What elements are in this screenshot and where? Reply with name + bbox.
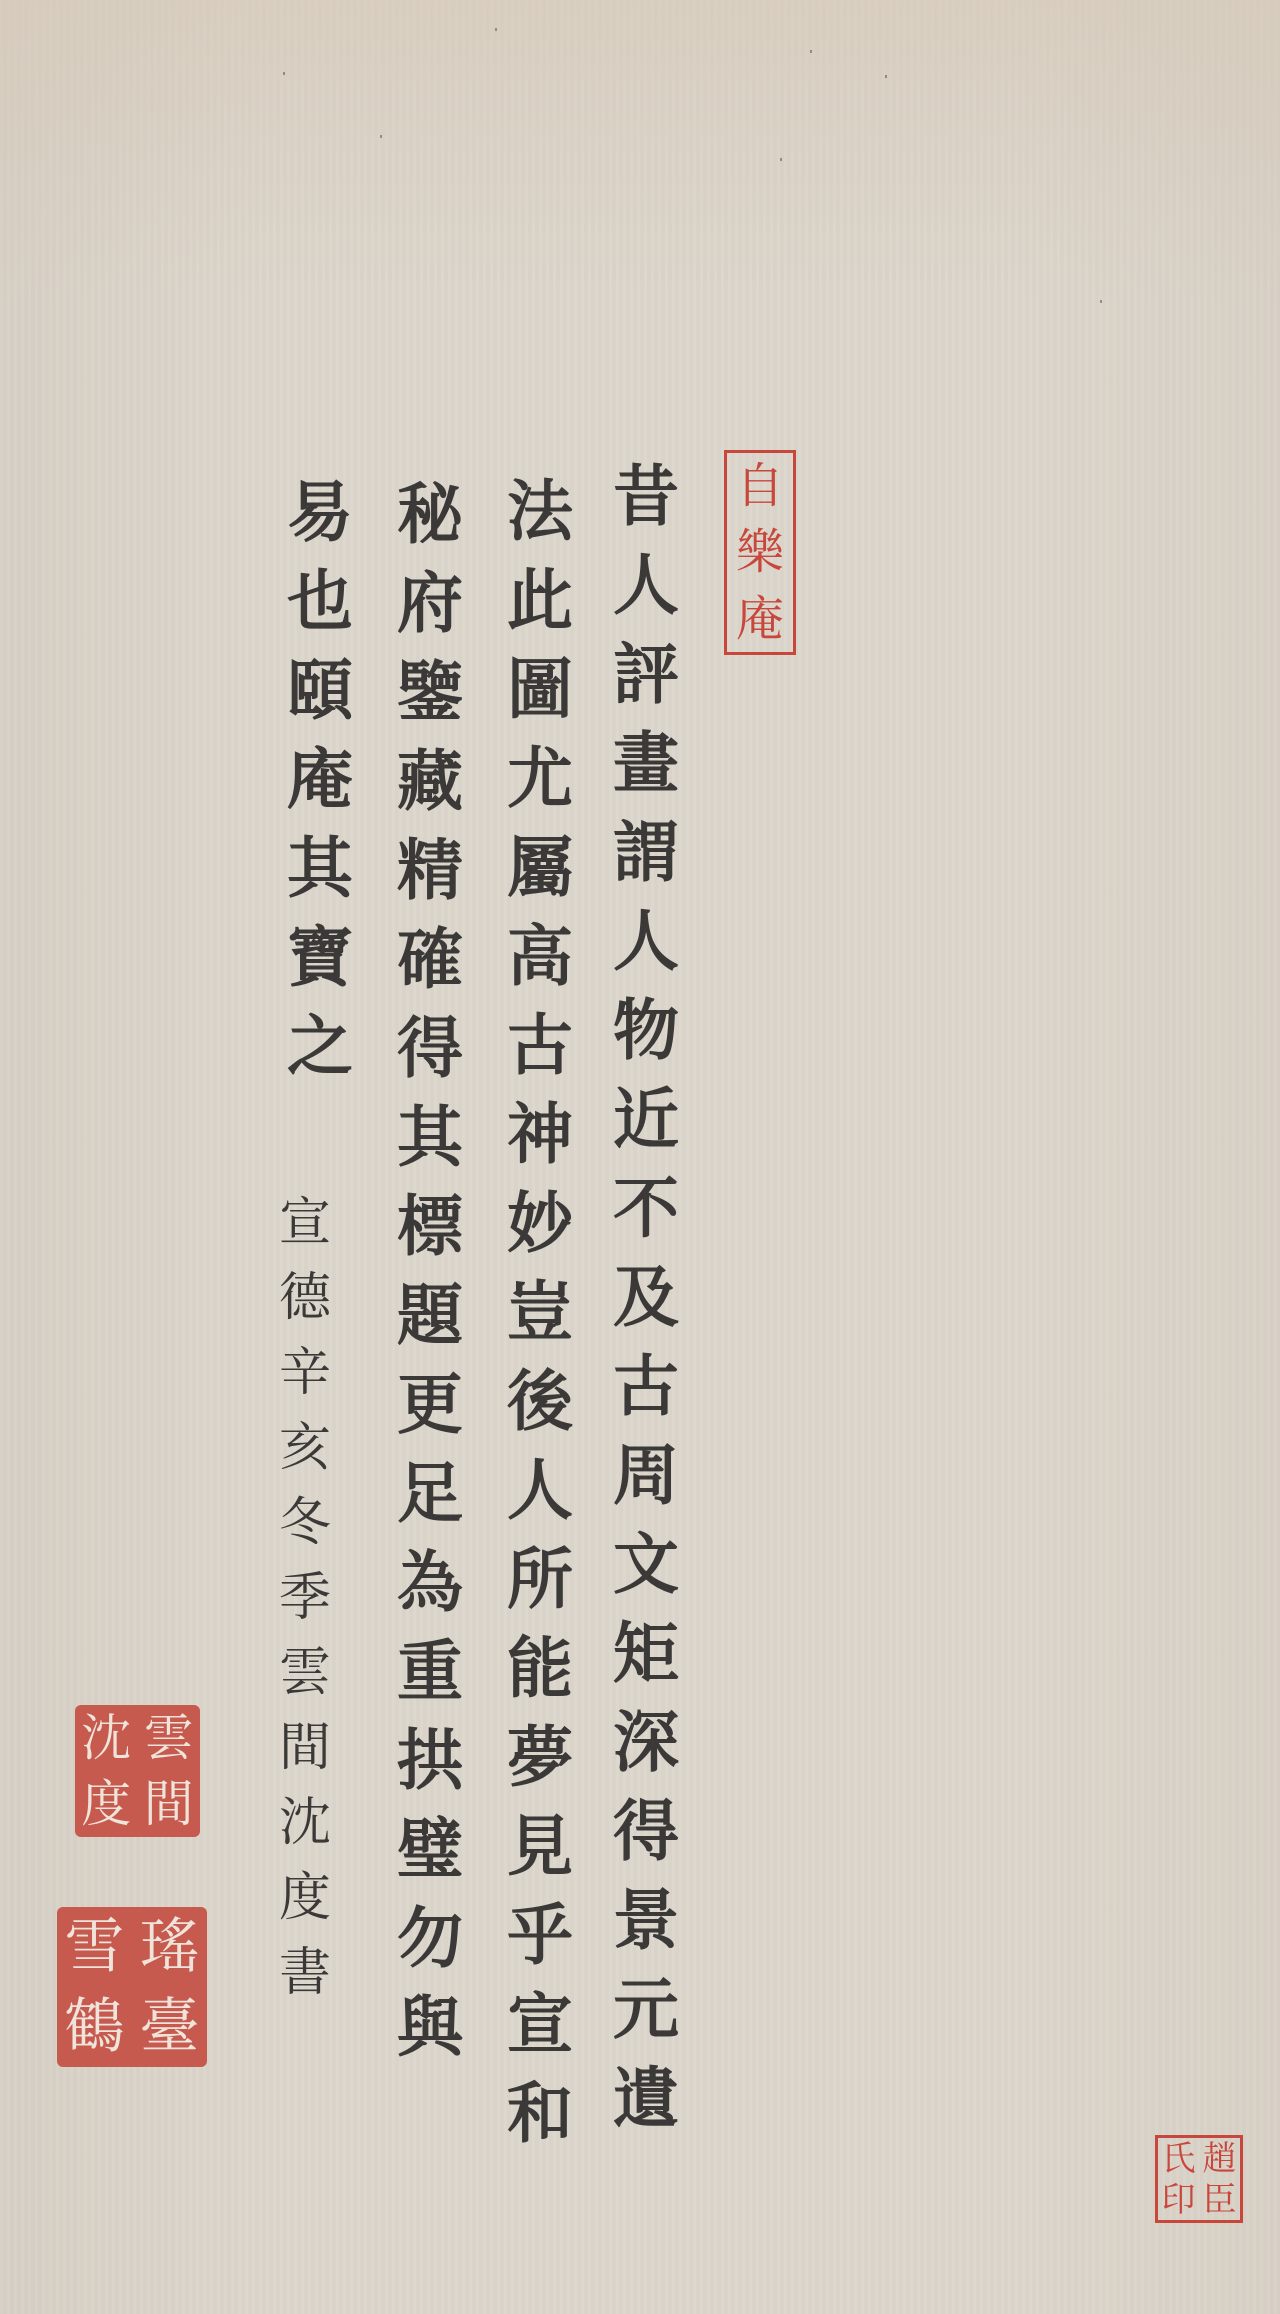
char: 精 xyxy=(397,826,463,915)
char: 謂 xyxy=(613,808,679,897)
seal-char: 臣 xyxy=(1203,2183,1237,2217)
char: 辛 xyxy=(279,1336,331,1411)
char: 豈 xyxy=(507,1268,573,1357)
char: 不 xyxy=(613,1164,679,1253)
char: 寶 xyxy=(287,913,353,1002)
paper-speck xyxy=(283,72,285,75)
char: 度 xyxy=(279,1861,331,1936)
char: 古 xyxy=(613,1342,679,1431)
seal-char: 庵 xyxy=(736,595,784,643)
char: 法 xyxy=(507,467,573,556)
char: 標 xyxy=(397,1182,463,1271)
char: 高 xyxy=(507,912,573,1001)
seal-char: 趙 xyxy=(1203,2142,1237,2176)
char: 間 xyxy=(279,1711,331,1786)
char: 沈 xyxy=(279,1786,331,1861)
char: 宣 xyxy=(507,1980,573,2069)
seal-char: 鶴 xyxy=(65,1997,125,2057)
char: 也 xyxy=(287,557,353,646)
char: 得 xyxy=(397,1004,463,1093)
char: 近 xyxy=(613,1075,679,1164)
char: 雲 xyxy=(279,1636,331,1711)
char: 及 xyxy=(613,1253,679,1342)
char: 更 xyxy=(397,1360,463,1449)
seal-zi-le-an: 自 樂 庵 xyxy=(724,450,796,655)
paper-speck xyxy=(810,50,812,53)
char: 遺 xyxy=(613,2054,679,2143)
seal-char: 雪 xyxy=(65,1917,125,1977)
char: 能 xyxy=(507,1624,573,1713)
char: 古 xyxy=(507,1001,573,1090)
char: 頤 xyxy=(287,646,353,735)
char: 德 xyxy=(279,1261,331,1336)
char: 畫 xyxy=(613,719,679,808)
char: 元 xyxy=(613,1965,679,2054)
char: 文 xyxy=(613,1520,679,1609)
paper-speck xyxy=(885,75,887,78)
char: 見 xyxy=(507,1802,573,1891)
char: 此 xyxy=(507,556,573,645)
seal-char: 氏 xyxy=(1162,2142,1196,2176)
char: 和 xyxy=(507,2069,573,2158)
char: 妙 xyxy=(507,1179,573,1268)
char: 冬 xyxy=(279,1486,331,1561)
char: 藏 xyxy=(397,737,463,826)
char: 書 xyxy=(279,1936,331,2011)
char: 足 xyxy=(397,1449,463,1538)
seal-char: 雲 xyxy=(144,1713,194,1763)
char: 夢 xyxy=(507,1713,573,1802)
char: 與 xyxy=(397,1983,463,2072)
char: 景 xyxy=(613,1876,679,1965)
char: 確 xyxy=(397,915,463,1004)
char: 周 xyxy=(613,1431,679,1520)
char: 其 xyxy=(287,824,353,913)
char: 乎 xyxy=(507,1891,573,1980)
char: 為 xyxy=(397,1538,463,1627)
char: 人 xyxy=(613,897,679,986)
char: 評 xyxy=(613,630,679,719)
char: 題 xyxy=(397,1271,463,1360)
char: 圖 xyxy=(507,645,573,734)
seal-char: 樂 xyxy=(736,528,784,576)
char: 人 xyxy=(613,541,679,630)
seal-char: 沈 xyxy=(81,1713,131,1763)
char: 季 xyxy=(279,1561,331,1636)
char: 府 xyxy=(397,559,463,648)
text-column-4: 易 也 頤 庵 其 寶 之 xyxy=(282,468,358,1091)
seal-char: 間 xyxy=(144,1779,194,1829)
char: 後 xyxy=(507,1357,573,1446)
seal-char: 度 xyxy=(81,1779,131,1829)
calligraphy-paper: 昔 人 評 畫 謂 人 物 近 不 及 古 周 文 矩 深 得 景 元 遺 法 … xyxy=(0,0,1280,2314)
char: 神 xyxy=(507,1090,573,1179)
char: 之 xyxy=(287,1002,353,1091)
paper-speck xyxy=(495,28,497,31)
char: 易 xyxy=(287,468,353,557)
seal-char: 印 xyxy=(1162,2183,1196,2217)
char: 拱 xyxy=(397,1716,463,1805)
char: 所 xyxy=(507,1535,573,1624)
char: 庵 xyxy=(287,735,353,824)
text-column-3: 秘 府 鑒 藏 精 確 得 其 標 題 更 足 為 重 拱 璧 勿 與 xyxy=(392,470,468,2072)
char: 其 xyxy=(397,1093,463,1182)
char: 勿 xyxy=(397,1894,463,1983)
char: 人 xyxy=(507,1446,573,1535)
seal-char: 臺 xyxy=(140,1997,200,2057)
signature-column: 宣 德 辛 亥 冬 季 雲 間 沈 度 書 xyxy=(272,1186,338,2011)
seal-yun-jian-shen-du: 雲 間 沈 度 xyxy=(75,1705,200,1837)
char: 得 xyxy=(613,1787,679,1876)
char: 尤 xyxy=(507,734,573,823)
paper-speck xyxy=(1100,300,1102,303)
seal-yao-tai-xue-he: 瑤 臺 雪 鶴 xyxy=(57,1907,207,2067)
char: 宣 xyxy=(279,1186,331,1261)
seal-char: 自 xyxy=(736,462,784,510)
char: 重 xyxy=(397,1627,463,1716)
char: 矩 xyxy=(613,1609,679,1698)
char: 昔 xyxy=(613,452,679,541)
text-column-1: 昔 人 評 畫 謂 人 物 近 不 及 古 周 文 矩 深 得 景 元 遺 xyxy=(608,452,684,2143)
char: 屬 xyxy=(507,823,573,912)
paper-speck xyxy=(780,158,782,161)
char: 璧 xyxy=(397,1805,463,1894)
char: 亥 xyxy=(279,1411,331,1486)
char: 鑒 xyxy=(397,648,463,737)
char: 物 xyxy=(613,986,679,1075)
char: 秘 xyxy=(397,470,463,559)
paper-speck xyxy=(380,135,382,138)
char: 深 xyxy=(613,1698,679,1787)
seal-char: 瑤 xyxy=(140,1917,200,1977)
text-column-2: 法 此 圖 尤 屬 高 古 神 妙 豈 後 人 所 能 夢 見 乎 宣 和 xyxy=(502,467,578,2158)
seal-collector: 趙 臣 氏 印 xyxy=(1155,2135,1243,2223)
